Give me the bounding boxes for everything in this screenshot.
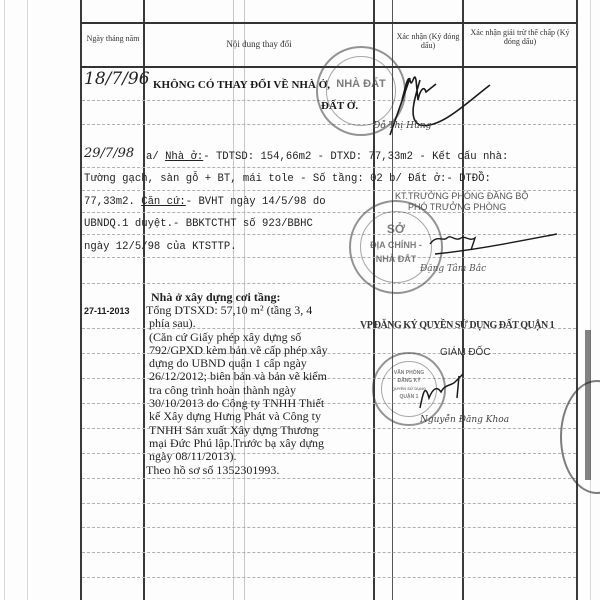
header-confirm: Xác nhận (Ký đóng dấu) [394,32,462,50]
body-line: dựng do UBND quận 1 cấp ngày [146,357,328,370]
line-rest: UBNDQ.1 duyệt.- BBKTCTHT số 923/BBHC [84,218,313,230]
line-rest: - TDTSD: 154,66m2 - DTXD: 77,33m2 - Kết … [203,151,508,163]
entry-3-body: Tổng DTSXD: 57,10 m² (tầng 3, 4 phía sau… [146,304,328,477]
column-divider-date [143,0,145,600]
body-line: 30/10/2013 do Công ty TNHH Thiết [146,397,328,410]
row-line [82,503,576,504]
row-line [82,527,576,528]
line-rest: ngày 12/5/98 của KTSTTP. [84,241,237,253]
edge-mark [585,330,591,480]
line-prefix: 77,33m2. [84,196,141,208]
entry-3-signer-name: Nguyễn Đăng Khoa [420,415,509,425]
entry-3-office-line1: VP ĐĂNG KÝ QUYỀN SỬ DỤNG ĐẤT QUẬN 1 [360,320,554,331]
body-line: tra công trình hoàn thành ngày [146,384,328,397]
entry-2-line-5: ngày 12/5/98 của KTSTTP. [84,241,237,253]
section-label-house: Nhà ở: [165,151,203,163]
row-line [82,577,576,578]
row-line [82,212,576,213]
entry-3-signature [415,368,475,413]
entry-2-line-1: a/ Nhà ở:- TDTSD: 154,66m2 - DTXD: 77,33… [146,151,508,163]
body-line: Tổng DTSXD: 57,10 m² (tầng 3, 4 [146,304,328,317]
row-line [82,283,576,284]
body-line: 792/GPXD kèm bản vẽ cấp phép xây [146,344,328,357]
entry-3-date: 27-11-2013 [84,306,130,316]
row-line [82,552,576,553]
line-prefix: a/ [146,151,165,163]
entry-2-line-2: Tường gạch, sàn gỗ + BT, mái tole - Số t… [84,173,491,185]
edge-stamp [560,380,600,494]
margin-line [590,0,591,600]
stamp-text-line1: SỞ [371,222,421,236]
table-border-right [576,0,578,600]
body-line: ngày 08/11/2013). [146,450,328,463]
row-line [82,167,576,168]
body-line: Theo hồ sơ số 1352301993. [146,464,328,477]
entry-2-line-3: 77,33m2. Căn cứ:- BVHT ngày 14/5/98 do [84,196,326,208]
table-border-left [80,0,82,600]
line-rest: Tường gạch, sàn gỗ + BT, mái tole - Số t… [84,173,491,185]
body-line: (Căn cứ Giấy phép xây dựng số [146,331,328,344]
section-label-basis: Căn cứ: [141,196,186,208]
entry-2-date: 29/7/98 [84,146,134,161]
entry-3-office-line2: GIÁM ĐỐC [440,347,491,358]
header-mortgage-release: Xác nhận giải trừ thế chấp (Ký đóng dấu) [465,28,575,46]
row-line [82,478,576,479]
row-line [82,124,576,125]
header-date: Ngày tháng năm [84,34,142,43]
entry-2-line-4: UBNDQ.1 duyệt.- BBKTCTHT số 923/BBHC [84,218,313,230]
header-content: Nội dung thay đổi [146,40,372,49]
body-line: phía sau). [146,317,328,330]
body-line: mại Đức Phú lập.Trước bạ xây dựng [146,437,328,450]
body-line: 26/12/2012; biên bản và bản vẽ kiểm [146,370,328,383]
entry-2-signature [425,230,565,260]
body-line: kế Xây dựng Hưng Phát và Công ty [146,410,328,423]
entry-1-content-line1: KHÔNG CÓ THAY ĐỔI VỀ NHÀ Ở, [153,79,330,91]
header-top-border [80,22,577,24]
line-rest: - BVHT ngày 14/5/98 do [186,196,326,208]
body-line: TNHH Sản xuất Xây dựng Thương [146,424,328,437]
entry-2-signer-name: Đặng Tâm Bắc [420,264,486,274]
stamp-text-line3: NHÀ ĐẤT [363,254,429,264]
entry-2-office-line1: KT.TRƯỞNG PHÒNG ĐĂNG BỘ [395,191,528,201]
margin-line [27,0,28,600]
stamp-text-line2: ĐỊA CHÍNH - [363,240,429,250]
entry-1-signer-name: Đỗ Thị Hùng [373,121,431,131]
entry-1-date: 18/7/96 [84,69,150,89]
margin-line [4,0,5,600]
